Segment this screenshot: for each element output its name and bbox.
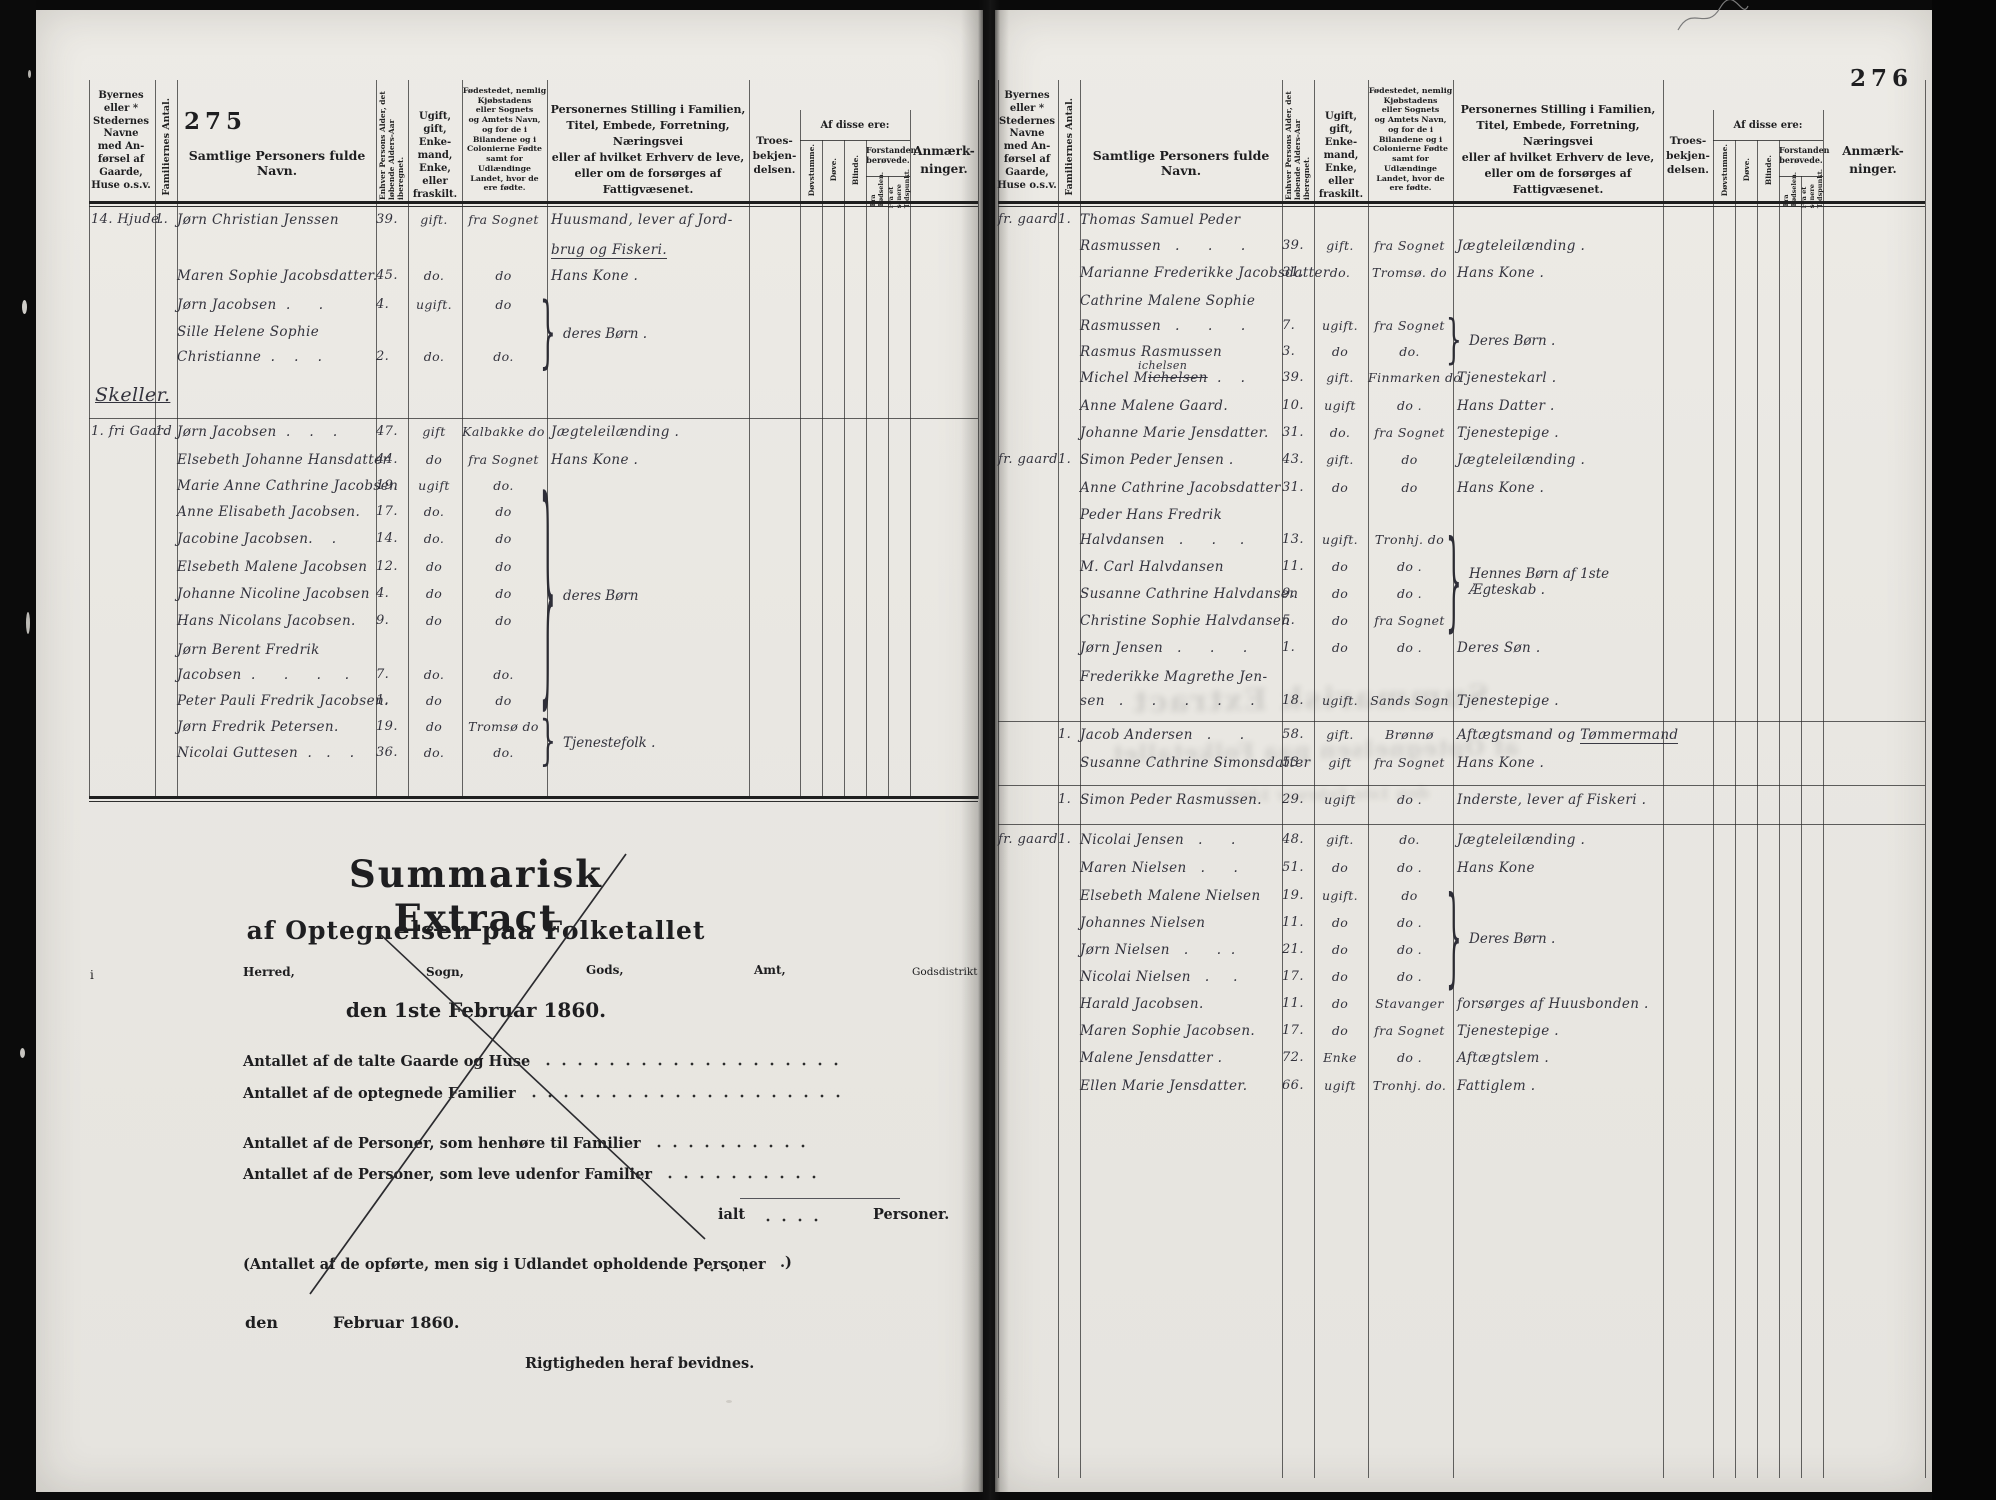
age-value: 31. bbox=[1282, 480, 1310, 495]
person-name: Jacob Andersen . . bbox=[1080, 727, 1244, 743]
birthplace-value: do . bbox=[1368, 969, 1451, 984]
family-separator-line bbox=[998, 824, 1925, 825]
marital-status: gift. bbox=[1314, 832, 1366, 847]
column-header-remarks: Anmærk- ninger. bbox=[910, 142, 978, 178]
person-name: Peder Hans Fredrik bbox=[1080, 507, 1222, 523]
birthplace-value: do . bbox=[1368, 792, 1451, 807]
birthplace-value: fra Sognet bbox=[1368, 318, 1451, 333]
age-value: 17. bbox=[376, 504, 404, 519]
occupation-value: Tjenestepige . bbox=[1457, 693, 1559, 709]
person-name: Jørn Jensen . . . bbox=[1080, 640, 1248, 656]
marital-status: gift. bbox=[1314, 238, 1366, 253]
marital-status: do bbox=[1314, 480, 1366, 495]
birthplace-value: do. bbox=[462, 745, 545, 760]
family-number: 1. bbox=[1058, 452, 1071, 467]
person-name: Maren Sophie Jacobsdatter. bbox=[177, 268, 378, 284]
person-name: M. Carl Halvdansen bbox=[1080, 559, 1224, 575]
table-double-rule bbox=[89, 801, 978, 802]
age-value: 47. bbox=[376, 424, 404, 439]
column-header-name: Samtlige Personers fulde Navn. bbox=[1082, 148, 1280, 178]
marital-status: do bbox=[408, 452, 460, 467]
marital-status: do bbox=[1314, 640, 1366, 655]
birthplace-value: do. bbox=[1368, 344, 1451, 359]
table-grid-line bbox=[888, 176, 889, 799]
binding-speck bbox=[20, 1048, 25, 1058]
age-value: 39. bbox=[1282, 238, 1310, 253]
cancellation-cross bbox=[216, 840, 776, 1310]
family-separator-line bbox=[998, 785, 1925, 786]
age-value: 53. bbox=[1282, 755, 1310, 770]
person-name: Susanne Cathrine Halvdansen bbox=[1080, 586, 1298, 602]
person-name: Frederikke Magrethe Jen- bbox=[1080, 669, 1267, 685]
table-grid-line bbox=[749, 80, 750, 799]
age-value: 10. bbox=[1282, 398, 1310, 413]
person-name: Anne Cathrine Jacobsdatter bbox=[1080, 480, 1281, 496]
extract-footer-den: den bbox=[245, 1313, 278, 1332]
person-name: Cathrine Malene Sophie bbox=[1080, 293, 1255, 309]
occupation-value: Hans Kone . bbox=[1457, 480, 1544, 496]
age-value: 1. bbox=[1282, 640, 1310, 655]
occupation-value: Tjenestekarl . bbox=[1457, 370, 1556, 386]
person-name: Nicolai Nielsen . . bbox=[1080, 969, 1238, 985]
marital-status: ugift bbox=[1314, 398, 1366, 413]
person-name: Maren Sophie Jacobsen. bbox=[1080, 1023, 1255, 1039]
marital-status: do bbox=[1314, 1023, 1366, 1038]
occupation-value: Deres Søn . bbox=[1457, 640, 1541, 656]
age-value: 48. bbox=[1282, 832, 1310, 847]
census-row: Christine Sophie Halvdansen5.dofra Sogne… bbox=[998, 611, 1925, 638]
census-row: fr. gaard1.Simon Peder Jensen .43.gift.d… bbox=[998, 450, 1925, 478]
marital-status: do bbox=[408, 586, 460, 601]
family-number: 1. bbox=[1058, 727, 1071, 742]
column-header-place: Byernes eller * Stedernes Navne med An- … bbox=[997, 90, 1057, 192]
marital-status: do. bbox=[1314, 425, 1366, 440]
person-name: Jacobsen . . . . bbox=[177, 667, 350, 683]
marital-status: do bbox=[408, 719, 460, 734]
person-name: Elsebeth Malene Nielsen bbox=[1080, 888, 1261, 904]
person-name: Maren Nielsen . . bbox=[1080, 860, 1238, 876]
column-header-blind: Blinde. bbox=[844, 142, 866, 198]
table-grid-line bbox=[1453, 80, 1454, 1478]
column-header-blind: Blinde. bbox=[1757, 142, 1779, 198]
scan-right-edge bbox=[1932, 0, 1996, 1500]
birthplace-value: fra Sognet bbox=[1368, 238, 1451, 253]
column-header-status: Ugift, gift, Enke- mand, Enke, eller fra… bbox=[408, 110, 462, 201]
census-row: Ellen Marie Jensdatter.66.ugiftTronhj. d… bbox=[998, 1076, 1925, 1104]
marital-status: do. bbox=[408, 667, 460, 682]
age-value: 7. bbox=[1282, 318, 1310, 333]
birthplace-value: do bbox=[1368, 480, 1451, 495]
person-name: Elsebeth Malene Jacobsen bbox=[177, 559, 367, 575]
age-value: 19. bbox=[376, 719, 404, 734]
binding-speck bbox=[22, 300, 27, 314]
person-name: Simon Peder Rasmussen. bbox=[1080, 792, 1262, 808]
occupation-value: Hans Kone . bbox=[1457, 265, 1544, 281]
person-name: Susanne Cathrine Simonsdatter bbox=[1080, 755, 1311, 771]
person-name: Johanne Nicoline Jacobsen bbox=[177, 586, 370, 602]
marital-status: do bbox=[1314, 969, 1366, 984]
birthplace-value: Stavanger bbox=[1368, 996, 1451, 1011]
person-name: Christine Sophie Halvdansen bbox=[1080, 613, 1290, 629]
birthplace-value: fra Sognet bbox=[1368, 613, 1451, 628]
age-value: 29. bbox=[1282, 792, 1310, 807]
birthplace-value: do . bbox=[1368, 942, 1451, 957]
person-name: Harald Jacobsen. bbox=[1080, 996, 1204, 1012]
marital-status: do bbox=[1314, 860, 1366, 875]
census-scan: Byernes eller * Stedernes Navne med An- … bbox=[0, 0, 1996, 1500]
marital-status: do. bbox=[408, 504, 460, 519]
marital-status: do bbox=[408, 559, 460, 574]
birthplace-value: do . bbox=[1368, 586, 1451, 601]
marital-status: do bbox=[1314, 915, 1366, 930]
column-header-deaf-mute: Døvstumme. bbox=[1713, 142, 1735, 198]
census-row: fr. gaard1.Nicolai Jensen . .48.gift.do.… bbox=[998, 830, 1925, 858]
table-grid-line bbox=[1757, 140, 1758, 1478]
family-number: 1. bbox=[1058, 832, 1071, 847]
marital-status: do bbox=[408, 693, 460, 708]
person-name: Halvdansen . . . bbox=[1080, 532, 1245, 548]
person-name: Jørn Fredrik Petersen. bbox=[177, 719, 339, 735]
marital-status: do. bbox=[408, 349, 460, 364]
table-grid-line bbox=[89, 80, 90, 799]
birthplace-value: do . bbox=[1368, 1050, 1451, 1065]
marital-status: do bbox=[1314, 586, 1366, 601]
table-grid-line bbox=[1779, 140, 1780, 1478]
age-value: 1. bbox=[376, 693, 404, 708]
occupation-value: Inderste, lever af Fiskeri . bbox=[1457, 792, 1646, 808]
table-double-rule bbox=[998, 206, 1925, 207]
age-value: 18. bbox=[1282, 693, 1310, 708]
age-value: 11. bbox=[1282, 915, 1310, 930]
table-grid-line bbox=[547, 80, 548, 799]
age-value: 66. bbox=[1282, 1078, 1310, 1093]
person-name: Anne Malene Gaard. bbox=[1080, 398, 1228, 414]
table-grid-line bbox=[155, 80, 156, 799]
age-value: 4. bbox=[376, 297, 404, 312]
person-name: Rasmussen . . . bbox=[1080, 318, 1246, 334]
column-header-name: Samtlige Personers fulde Navn. bbox=[179, 148, 375, 178]
table-grid-line bbox=[800, 110, 801, 799]
column-header-religion: Troes- bekjen- delsen. bbox=[749, 134, 800, 178]
age-value: 5. bbox=[1282, 613, 1310, 628]
person-name: Rasmus Rasmussen bbox=[1080, 344, 1222, 360]
age-value: 11. bbox=[1282, 559, 1310, 574]
marital-status: do bbox=[1314, 942, 1366, 957]
column-header-of-these: Af disse ere: bbox=[1713, 120, 1823, 131]
birthplace-value: do . bbox=[1368, 860, 1451, 875]
census-row: Jørn Jensen . . .1.dodo .Deres Søn . bbox=[998, 638, 1925, 667]
occupation-value: Tjenestepige . bbox=[1457, 425, 1559, 441]
birthplace-value: do bbox=[462, 531, 545, 546]
age-value: 43. bbox=[1282, 452, 1310, 467]
place-name: fr. gaard bbox=[998, 832, 1058, 847]
birthplace-value: Kalbakke do bbox=[462, 424, 545, 439]
birthplace-value: do. bbox=[1368, 832, 1451, 847]
age-value: 7. bbox=[376, 667, 404, 682]
table-double-rule bbox=[89, 206, 978, 207]
birthplace-value: do bbox=[462, 297, 545, 312]
person-name: Ellen Marie Jensdatter. bbox=[1080, 1078, 1247, 1094]
age-value: 31. bbox=[1282, 425, 1310, 440]
marital-status: ugift. bbox=[408, 297, 460, 312]
column-header-status: Ugift, gift, Enke- mand, Enke, eller fra… bbox=[1314, 110, 1368, 201]
age-value: 9. bbox=[1282, 586, 1310, 601]
marital-status: ugift bbox=[1314, 792, 1366, 807]
marital-status: ugift. bbox=[1314, 532, 1366, 547]
birthplace-value: do bbox=[1368, 452, 1451, 467]
occupation-value: Aftægtsmand og Tømmermand bbox=[1457, 727, 1678, 743]
birthplace-value: do bbox=[462, 504, 545, 519]
table-grid-line bbox=[408, 80, 409, 799]
table-grid-line bbox=[1925, 80, 1926, 1478]
occupation-value: brug og Fiskeri. bbox=[551, 242, 667, 258]
extract-total-unit: Personer. bbox=[873, 1206, 949, 1223]
birthplace-value: do . bbox=[1368, 559, 1451, 574]
page-number: 276 bbox=[1850, 65, 1913, 92]
person-name: Nicolai Guttesen . . . bbox=[177, 745, 354, 761]
column-header-insane-later: Fra et senere Tidspunkt. bbox=[1801, 178, 1823, 200]
table-double-rule bbox=[998, 201, 1925, 204]
place-name: fr. gaard bbox=[998, 452, 1058, 467]
occupation-value: Jægteleilænding . bbox=[1457, 452, 1585, 468]
birthplace-value: do . bbox=[1368, 640, 1451, 655]
column-header-birthplace: Fødestedet, nemlig Kjøbstadens eller Sog… bbox=[1368, 86, 1453, 193]
marital-status: do bbox=[1314, 344, 1366, 359]
table-grid-line bbox=[177, 80, 178, 799]
age-value: 36. bbox=[376, 745, 404, 760]
table-grid-line bbox=[1080, 80, 1081, 1478]
marital-status: ugift. bbox=[1314, 888, 1366, 903]
column-header-remarks: Anmærk- ninger. bbox=[1823, 142, 1923, 178]
birthplace-value: Tronhj. do bbox=[1368, 532, 1451, 547]
person-name: Thomas Samuel Peder bbox=[1080, 212, 1240, 228]
family-number: 1. bbox=[155, 424, 168, 439]
birthplace-value: fra Sognet bbox=[462, 452, 545, 467]
census-row: 1.Jacob Andersen . .58.gift.BrønnøAftægt… bbox=[998, 725, 1925, 753]
table-grid-line bbox=[1823, 110, 1824, 1478]
table-grid-line bbox=[1368, 80, 1369, 1478]
book-binding-edge bbox=[0, 0, 36, 1500]
extract-abroad-close: .) bbox=[780, 1254, 792, 1271]
person-name: Johanne Marie Jensdatter. bbox=[1080, 425, 1269, 441]
birthplace-value: do bbox=[462, 586, 545, 601]
census-row: Harald Jacobsen.11.doStavangerforsørges … bbox=[998, 994, 1925, 1021]
person-name: Malene Jensdatter . bbox=[1080, 1050, 1222, 1066]
age-value: 39. bbox=[1282, 370, 1310, 385]
birthplace-value: do. bbox=[462, 667, 545, 682]
column-header-of-these: Af disse ere: bbox=[800, 120, 910, 131]
extract-footer-date: Februar 1860. bbox=[333, 1313, 459, 1332]
census-row: Rasmussen . . .39.gift.fra SognetJægtele… bbox=[998, 236, 1925, 263]
extract-field-godsdistrikt: Godsdistrikt bbox=[912, 966, 977, 978]
census-row: Frederikke Magrethe Jen- bbox=[998, 667, 1925, 691]
birthplace-value: do bbox=[462, 693, 545, 708]
birthplace-value: fra Sognet bbox=[1368, 425, 1451, 440]
marital-status: gift. bbox=[1314, 452, 1366, 467]
table-grid-line bbox=[1058, 80, 1059, 1478]
census-row: Johannes Nielsen11.dodo . bbox=[998, 913, 1925, 940]
age-value: 44. bbox=[376, 452, 404, 467]
census-row: M. Carl Halvdansen11.dodo . bbox=[998, 557, 1925, 584]
family-number: 1. bbox=[1058, 212, 1071, 227]
table-grid-line bbox=[1779, 176, 1823, 177]
age-value: 4. bbox=[376, 586, 404, 601]
person-name: Marie Anne Cathrine Jacobsen bbox=[177, 478, 398, 494]
column-header-place: Byernes eller * Stedernes Navne med An- … bbox=[88, 90, 154, 192]
person-name: Rasmussen . . . bbox=[1080, 238, 1246, 254]
occupation-value: forsørges af Huusbonden . bbox=[1457, 996, 1649, 1012]
marital-status: do bbox=[1314, 613, 1366, 628]
table-double-rule bbox=[89, 201, 978, 204]
age-value: 45. bbox=[376, 268, 404, 283]
marital-status: Enke bbox=[1314, 1050, 1366, 1065]
extract-intro-i: i bbox=[90, 968, 94, 982]
census-row: fr. gaard1.Thomas Samuel Peder bbox=[998, 210, 1925, 236]
age-value: 31. bbox=[1282, 265, 1310, 280]
person-name: Jørn Christian Jenssen bbox=[177, 212, 339, 228]
column-header-family-count: Familiernes Antal. bbox=[1058, 94, 1080, 200]
person-name: Peter Pauli Fredrik Jacobsen. bbox=[177, 693, 389, 709]
occupation-value: Hans Kone . bbox=[551, 452, 638, 468]
section-place-label: Skeller. bbox=[95, 384, 170, 406]
age-value: 14. bbox=[376, 531, 404, 546]
marital-status: ugift bbox=[1314, 1078, 1366, 1093]
column-header-deaf-mute: Døvstumme. bbox=[800, 142, 822, 198]
table-grid-line bbox=[1282, 80, 1283, 1478]
marital-status: gift bbox=[408, 424, 460, 439]
column-header-insane: Forstanden berøvede. bbox=[866, 145, 910, 165]
person-name: sen . . . . . bbox=[1080, 693, 1255, 709]
census-row: Susanne Cathrine Halvdansen9.dodo . bbox=[998, 584, 1925, 611]
binding-speck bbox=[28, 70, 31, 78]
birthplace-value: Finmarken do bbox=[1368, 370, 1451, 385]
age-value: 12. bbox=[376, 559, 404, 574]
person-name: Michel Michelsen . .ichelsen bbox=[1080, 370, 1245, 386]
column-header-insane: Forstanden berøvede. bbox=[1779, 145, 1823, 165]
birthplace-value: do. bbox=[462, 478, 545, 493]
birthplace-value: fra Sognet bbox=[1368, 755, 1451, 770]
marital-status: do bbox=[408, 613, 460, 628]
marital-status: gift bbox=[1314, 755, 1366, 770]
table-double-rule bbox=[89, 796, 978, 799]
census-row: 1.Simon Peder Rasmussen.29.ugiftdo .Inde… bbox=[998, 790, 1925, 818]
age-value: 51. bbox=[1282, 860, 1310, 875]
age-value: 19. bbox=[1282, 888, 1310, 903]
column-header-insane-from-birth: Fra Fødselen. bbox=[1779, 178, 1801, 200]
family-number: 1. bbox=[155, 212, 168, 227]
extract-attestation: Rigtigheden heraf bevidnes. bbox=[525, 1355, 754, 1372]
column-header-insane-later: Fra et senere Tidspunkt. bbox=[888, 178, 910, 200]
census-row: Anne Malene Gaard.10.ugiftdo .Hans Datte… bbox=[998, 396, 1925, 423]
person-name: Sille Helene Sophie bbox=[177, 324, 319, 340]
age-value: 21. bbox=[1282, 942, 1310, 957]
pen-squiggle bbox=[1672, 0, 1752, 36]
marital-status: ugift. bbox=[1314, 318, 1366, 333]
table-grid-line bbox=[866, 176, 910, 177]
census-row: Jørn Nielsen . . .21.dodo . bbox=[998, 940, 1925, 967]
table-grid-line bbox=[1801, 176, 1802, 1478]
age-value: 17. bbox=[1282, 969, 1310, 984]
column-header-birthplace: Fødestedet, nemlig Kjøbstadens eller Sog… bbox=[462, 86, 547, 193]
age-value: 11. bbox=[1282, 996, 1310, 1011]
age-value: 9. bbox=[376, 613, 404, 628]
census-row: Maren Sophie Jacobsen.17.dofra SognetTje… bbox=[998, 1021, 1925, 1048]
person-name: Anne Elisabeth Jacobsen. bbox=[177, 504, 360, 520]
census-row: Michel Michelsen . .ichelsen39.gift.Finm… bbox=[998, 368, 1925, 396]
age-value: 13. bbox=[1282, 532, 1310, 547]
marital-status: do. bbox=[1314, 265, 1366, 280]
family-separator-line bbox=[998, 721, 1925, 722]
occupation-value: Jægteleilænding . bbox=[1457, 832, 1585, 848]
table-grid-line bbox=[1735, 140, 1736, 1478]
birthplace-value: do . bbox=[1368, 398, 1451, 413]
birthplace-value: Tronhj. do. bbox=[1368, 1078, 1451, 1093]
occupation-value: Hans Datter . bbox=[1457, 398, 1555, 414]
birthplace-value: Sands Sogn bbox=[1368, 693, 1451, 708]
occupation-value: Aftægtslem . bbox=[1457, 1050, 1549, 1066]
column-header-deaf: Døve. bbox=[1735, 142, 1757, 198]
occupation-value: Tjenestepige . bbox=[1457, 1023, 1559, 1039]
birthplace-value: Brønnø bbox=[1368, 727, 1451, 742]
marital-status: do. bbox=[408, 268, 460, 283]
paper-speckle bbox=[726, 1400, 732, 1403]
page-number: 275 bbox=[184, 108, 247, 135]
age-value: 3. bbox=[1282, 344, 1310, 359]
marital-status: ugift bbox=[408, 478, 460, 493]
marital-status: do bbox=[1314, 996, 1366, 1011]
birthplace-value: do . bbox=[1368, 915, 1451, 930]
table-grid-line bbox=[800, 140, 910, 141]
person-name: Christianne . . . bbox=[177, 349, 322, 365]
column-header-insane-from-birth: Fra Fødselen. bbox=[866, 178, 888, 200]
table-grid-line bbox=[462, 80, 463, 799]
birthplace-value: fra Sognet bbox=[1368, 1023, 1451, 1038]
census-row: Malene Jensdatter .72.Enkedo .Aftægtslem… bbox=[998, 1048, 1925, 1076]
correction-above: ichelsen bbox=[1138, 359, 1187, 372]
birthplace-value: do bbox=[462, 613, 545, 628]
birthplace-value: do. bbox=[462, 349, 545, 364]
occupation-value: Hans Kone . bbox=[1457, 755, 1544, 771]
census-row: sen . . . . .18.ugift.Sands SognTjeneste… bbox=[998, 691, 1925, 717]
place-name: fr. gaard bbox=[998, 212, 1058, 227]
birthplace-value: fra Sognet bbox=[462, 212, 545, 227]
occupation-value: Huusmand, lever af Jord- bbox=[551, 212, 733, 228]
census-row: Susanne Cathrine Simonsdatter53.giftfra … bbox=[998, 753, 1925, 780]
person-name: Elsebeth Johanne Hansdatter bbox=[177, 452, 389, 468]
person-name: Nicolai Jensen . . bbox=[1080, 832, 1236, 848]
census-row: Anne Cathrine Jacobsdatter31.dodoHans Ko… bbox=[998, 478, 1925, 505]
birthplace-value: do bbox=[462, 559, 545, 574]
table-grid-line bbox=[822, 140, 823, 799]
census-page-left: Byernes eller * Stedernes Navne med An- … bbox=[36, 10, 983, 1492]
page-seam bbox=[978, 0, 1000, 1500]
age-value: 19. bbox=[376, 478, 404, 493]
person-name: Jørn Berent Fredrik bbox=[177, 642, 320, 658]
marital-status: gift. bbox=[408, 212, 460, 227]
occupation-value: Hans Kone . bbox=[551, 268, 638, 284]
column-header-age: Enhver Persons Alder, det løbende Alders… bbox=[1280, 86, 1314, 200]
table-grid-line bbox=[910, 110, 911, 799]
age-value: 72. bbox=[1282, 1050, 1310, 1065]
census-row: Nicolai Nielsen . .17.dodo . bbox=[998, 967, 1925, 994]
occupation-value: Fattiglem . bbox=[1457, 1078, 1535, 1094]
table-grid-line bbox=[1713, 110, 1714, 1478]
person-name: Jørn Jacobsen . . . bbox=[177, 424, 338, 440]
occupation-value: Jægteleilænding . bbox=[551, 424, 679, 440]
occupation-value: Jægteleilænding . bbox=[1457, 238, 1585, 254]
person-name: Simon Peder Jensen . bbox=[1080, 452, 1234, 468]
marital-status: do. bbox=[408, 531, 460, 546]
